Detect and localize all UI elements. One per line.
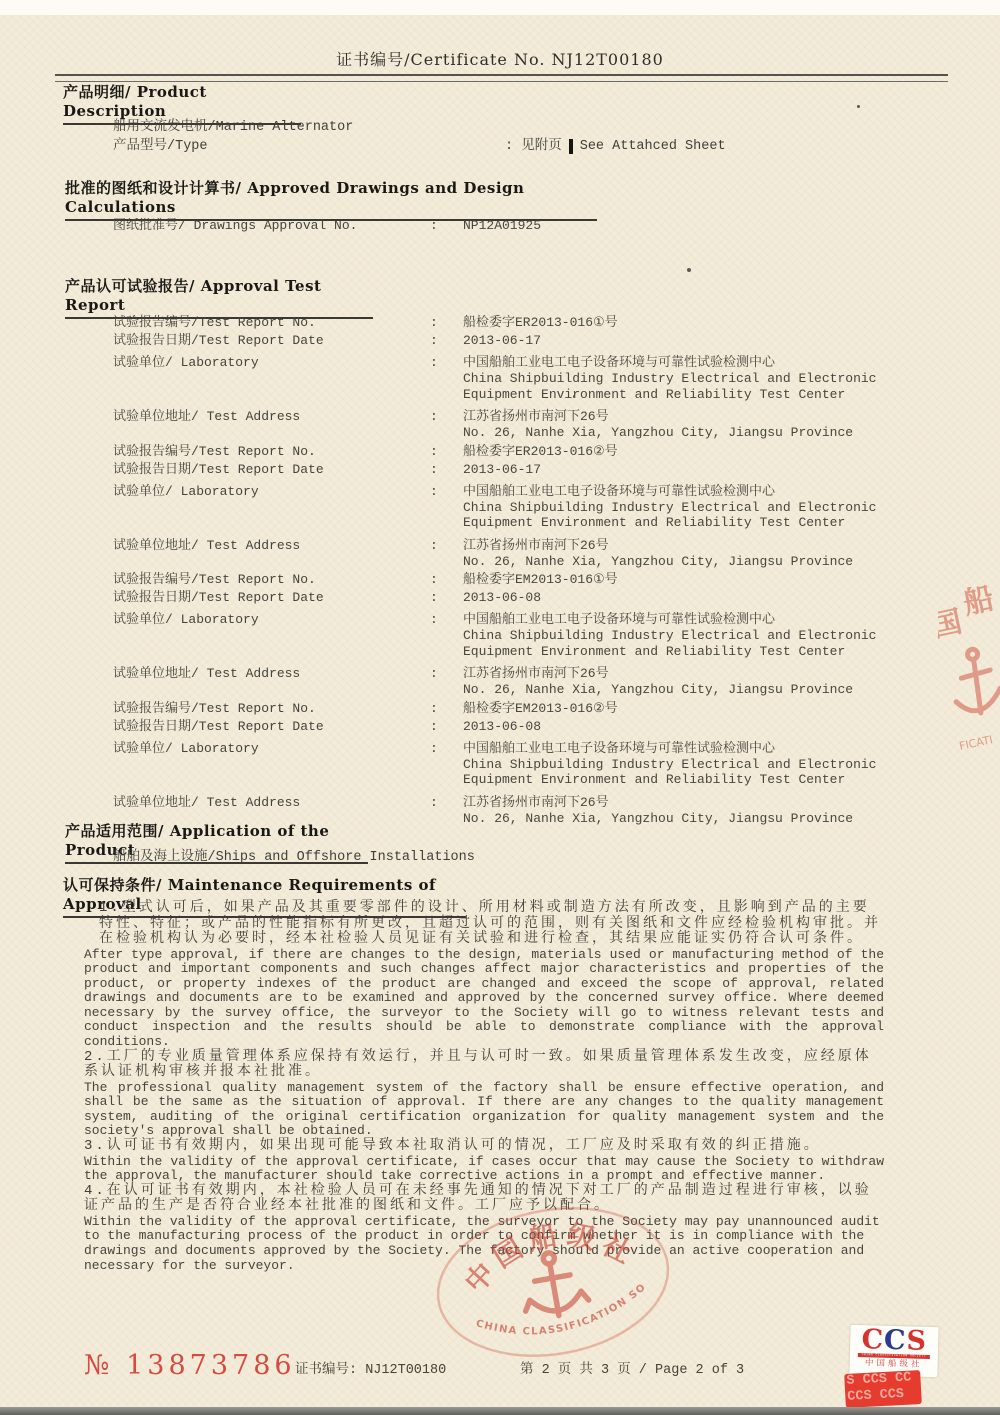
field-label: 试验单位/ Laboratory xyxy=(113,611,430,629)
test-report-group: 试验报告编号/Test Report No. : 船检委字EM2013-016②… xyxy=(0,700,1000,827)
colon: : xyxy=(430,589,463,607)
colon: : xyxy=(430,718,463,736)
report-date-row: 试验报告日期/Test Report Date : 2013-06-17 xyxy=(0,461,1000,479)
field-label: 试验报告日期/Test Report Date xyxy=(113,461,430,479)
serial-number-stamp: № 13873786 xyxy=(84,1350,296,1381)
ccs-logo-cn: 中国船级社 xyxy=(850,1357,938,1371)
colon: : xyxy=(430,483,463,501)
product-description-block: 船用交流发电机/Marine Alternator 产品型号/Type : 见附… xyxy=(0,118,1000,156)
field-label: 试验单位/ Laboratory xyxy=(113,354,430,372)
field-label: 试验报告编号/Test Report No. xyxy=(113,700,430,718)
field-label: 试验报告编号/Test Report No. xyxy=(113,314,430,332)
drawings-approval-no: NP12A01925 xyxy=(463,217,1000,235)
colon: : xyxy=(430,571,463,589)
laboratory-row: 试验单位/ Laboratory : 中国船舶工业电工电子设备环境与可靠性试验检… xyxy=(0,483,1000,531)
colon: : xyxy=(430,794,463,812)
field-label: 试验报告日期/Test Report Date xyxy=(113,332,430,350)
report-no-row: 试验报告编号/Test Report No. : 船检委字ER2013-016②… xyxy=(0,443,1000,461)
product-type-label: 产品型号/Type xyxy=(113,137,505,156)
address-en: No. 26, Nanhe Xia, Yangzhou City, Jiangs… xyxy=(463,811,1000,827)
laboratory-value: 中国船舶工业电工电子设备环境与可靠性试验检测中心 China Shipbuild… xyxy=(463,483,1000,531)
report-date-value: 2013-06-17 xyxy=(463,332,1000,350)
colon: : xyxy=(430,537,463,555)
ccs-block-line2: CCS CCS xyxy=(847,1386,922,1406)
report-no-row: 试验报告编号/Test Report No. : 船检委字EM2013-016①… xyxy=(0,571,1000,589)
test-report-block: 试验报告编号/Test Report No. : 船检委字ER2013-016①… xyxy=(0,314,1000,828)
colon: : xyxy=(430,443,463,461)
ccs-red-block: S CCS CC CCS CCS xyxy=(844,1370,922,1408)
field-label: 试验单位地址/ Test Address xyxy=(113,665,430,683)
scan-top-edge xyxy=(0,0,1000,15)
laboratory-cn: 中国船舶工业电工电子设备环境与可靠性试验检测中心 xyxy=(463,611,1000,628)
maintenance-item-3-en: Within the validity of the approval cert… xyxy=(84,1155,884,1184)
section-heading-test-report: 产品认可试验报告/ Approval Test Report xyxy=(65,275,373,319)
product-name-line: 船用交流发电机/Marine Alternator xyxy=(0,118,1000,137)
colon: : xyxy=(430,332,463,350)
report-no-value: 船检委字EM2013-016①号 xyxy=(463,571,1000,589)
address-en: No. 26, Nanhe Xia, Yangzhou City, Jiangs… xyxy=(463,425,1000,441)
section-heading-approved-drawings: 批准的图纸和设计计算书/ Approved Drawings and Desig… xyxy=(65,177,597,221)
maintenance-block: 1.型式认可后，如果产品及其重要零部件的设计、所用材料或制造方法有所改变，且影响… xyxy=(0,901,884,1273)
report-date-value: 2013-06-17 xyxy=(463,461,1000,479)
colon: : xyxy=(430,461,463,479)
laboratory-value: 中国船舶工业电工电子设备环境与可靠性试验检测中心 China Shipbuild… xyxy=(463,611,1000,659)
field-label: 试验单位/ Laboratory xyxy=(113,483,430,501)
scan-speck xyxy=(573,395,575,398)
address-row: 试验单位地址/ Test Address : 江苏省扬州市南河下26号 No. … xyxy=(0,408,1000,441)
colon: : xyxy=(430,665,463,683)
maintenance-item-2-cn: 2.工厂的专业质量管理体系应保持有效运行，并且与认可时一致。如果质量管理体系发生… xyxy=(84,1050,884,1081)
application-block: 船舶及海上设施/Ships and Offshore Installations xyxy=(0,849,1000,866)
report-no-row: 试验报告编号/Test Report No. : 船检委字ER2013-016①… xyxy=(0,314,1000,332)
field-label: 试验单位地址/ Test Address xyxy=(113,537,430,555)
ccs-letter: S xyxy=(906,1325,927,1357)
report-date-value: 2013-06-08 xyxy=(463,718,1000,736)
laboratory-row: 试验单位/ Laboratory : 中国船舶工业电工电子设备环境与可靠性试验检… xyxy=(0,611,1000,659)
laboratory-cn: 中国船舶工业电工电子设备环境与可靠性试验检测中心 xyxy=(463,354,1000,371)
report-date-row: 试验报告日期/Test Report Date : 2013-06-08 xyxy=(0,718,1000,736)
colon: : xyxy=(430,611,463,629)
test-report-group: 试验报告编号/Test Report No. : 船检委字ER2013-016②… xyxy=(0,443,1000,570)
ccs-letter: C xyxy=(861,1325,884,1356)
field-label: 试验报告日期/Test Report Date xyxy=(113,589,430,607)
report-date-value: 2013-06-08 xyxy=(463,589,1000,607)
address-cn: 江苏省扬州市南河下26号 xyxy=(463,665,1000,682)
colon: : xyxy=(430,408,463,426)
address-value: 江苏省扬州市南河下26号 No. 26, Nanhe Xia, Yangzhou… xyxy=(463,665,1000,698)
certificate-page: 证书编号/Certificate No. NJ12T00180 产品明细/ Pr… xyxy=(0,0,1000,1415)
report-no-value: 船检委字ER2013-016②号 xyxy=(463,443,1000,461)
field-label: 试验报告编号/Test Report No. xyxy=(113,443,430,461)
footer-certificate-no: 证书编号: NJ12T00180 xyxy=(295,1357,446,1378)
maintenance-item-2-en: The professional quality management syst… xyxy=(84,1081,884,1139)
report-no-row: 试验报告编号/Test Report No. : 船检委字EM2013-016②… xyxy=(0,700,1000,718)
address-en: No. 26, Nanhe Xia, Yangzhou City, Jiangs… xyxy=(463,554,1000,570)
address-value: 江苏省扬州市南河下26号 No. 26, Nanhe Xia, Yangzhou… xyxy=(463,794,1000,827)
address-value: 江苏省扬州市南河下26号 No. 26, Nanhe Xia, Yangzhou… xyxy=(463,537,1000,570)
field-label: 试验单位地址/ Test Address xyxy=(113,408,430,426)
maintenance-item-4-cn: 4.在认可证书有效期内，本社检验人员可在未经事先通知的情况下对工厂的产品制造过程… xyxy=(84,1184,884,1215)
test-report-group: 试验报告编号/Test Report No. : 船检委字ER2013-016①… xyxy=(0,314,1000,441)
report-date-row: 试验报告日期/Test Report Date : 2013-06-17 xyxy=(0,332,1000,350)
laboratory-en1: China Shipbuilding Industry Electrical a… xyxy=(463,757,1000,773)
scan-bottom-edge xyxy=(0,1407,1000,1415)
address-cn: 江苏省扬州市南河下26号 xyxy=(463,408,1000,425)
laboratory-en2: Equipment Environment and Reliability Te… xyxy=(463,515,1000,531)
laboratory-en1: China Shipbuilding Industry Electrical a… xyxy=(463,371,1000,387)
colon: : xyxy=(430,740,463,758)
type-value-cn: 见附页 xyxy=(521,137,562,156)
product-type-row: 产品型号/Type : 见附页 See Attahced Sheet xyxy=(0,137,1000,156)
laboratory-row: 试验单位/ Laboratory : 中国船舶工业电工电子设备环境与可靠性试验检… xyxy=(0,740,1000,788)
footer-page-info: 第 2 页 共 3 页 / Page 2 of 3 xyxy=(520,1357,744,1378)
laboratory-en1: China Shipbuilding Industry Electrical a… xyxy=(463,500,1000,516)
field-label: 试验单位地址/ Test Address xyxy=(113,794,430,812)
address-row: 试验单位地址/ Test Address : 江苏省扬州市南河下26号 No. … xyxy=(0,537,1000,570)
laboratory-cn: 中国船舶工业电工电子设备环境与可靠性试验检测中心 xyxy=(463,483,1000,500)
scan-speck xyxy=(857,105,860,108)
drawings-block: 图纸批准号/ Drawings Approval No. : NP12A0192… xyxy=(0,217,1000,235)
laboratory-value: 中国船舶工业电工电子设备环境与可靠性试验检测中心 China Shipbuild… xyxy=(463,740,1000,788)
address-cn: 江苏省扬州市南河下26号 xyxy=(463,537,1000,554)
colon: : xyxy=(430,314,463,332)
laboratory-value: 中国船舶工业电工电子设备环境与可靠性试验检测中心 China Shipbuild… xyxy=(463,354,1000,402)
colon: : xyxy=(430,217,463,235)
field-label: 试验报告日期/Test Report Date xyxy=(113,718,430,736)
laboratory-en2: Equipment Environment and Reliability Te… xyxy=(463,644,1000,660)
application-value: 船舶及海上设施/Ships and Offshore Installations xyxy=(0,849,1000,866)
product-type-value: : 见附页 See Attahced Sheet xyxy=(505,137,726,156)
report-no-value: 船检委字ER2013-016①号 xyxy=(463,314,1000,332)
address-row: 试验单位地址/ Test Address : 江苏省扬州市南河下26号 No. … xyxy=(0,665,1000,698)
ccs-logo-letters: CCS xyxy=(850,1326,939,1355)
laboratory-en1: China Shipbuilding Industry Electrical a… xyxy=(463,628,1000,644)
report-no-value: 船检委字EM2013-016②号 xyxy=(463,700,1000,718)
separator-bar-icon xyxy=(569,139,573,154)
colon: : xyxy=(430,354,463,372)
drawings-approval-row: 图纸批准号/ Drawings Approval No. : NP12A0192… xyxy=(0,217,1000,235)
field-label: 图纸批准号/ Drawings Approval No. xyxy=(113,217,430,235)
ccs-letter: C xyxy=(884,1325,907,1356)
maintenance-item-4-en: Within the validity of the approval cert… xyxy=(84,1215,884,1273)
colon: : xyxy=(430,700,463,718)
laboratory-row: 试验单位/ Laboratory : 中国船舶工业电工电子设备环境与可靠性试验检… xyxy=(0,354,1000,402)
maintenance-item-1-en: After type approval, if there are change… xyxy=(84,948,884,1050)
maintenance-item-1-cn: 1.型式认可后，如果产品及其重要零部件的设计、所用材料或制造方法有所改变，且影响… xyxy=(84,901,884,948)
address-cn: 江苏省扬州市南河下26号 xyxy=(463,794,1000,811)
address-value: 江苏省扬州市南河下26号 No. 26, Nanhe Xia, Yangzhou… xyxy=(463,408,1000,441)
type-value-en: See Attahced Sheet xyxy=(580,137,726,156)
report-date-row: 试验报告日期/Test Report Date : 2013-06-08 xyxy=(0,589,1000,607)
maintenance-item-3-cn: 3.认可证书有效期内，如果出现可能导致本社取消认可的情况，工厂应及时采取有效的纠… xyxy=(84,1139,884,1155)
laboratory-cn: 中国船舶工业电工电子设备环境与可靠性试验检测中心 xyxy=(463,740,1000,757)
field-label: 试验报告编号/Test Report No. xyxy=(113,571,430,589)
laboratory-en2: Equipment Environment and Reliability Te… xyxy=(463,387,1000,403)
field-label: 试验单位/ Laboratory xyxy=(113,740,430,758)
certificate-number-title: 证书编号/Certificate No. NJ12T00180 xyxy=(0,47,1000,70)
test-report-group: 试验报告编号/Test Report No. : 船检委字EM2013-016①… xyxy=(0,571,1000,698)
colon: : xyxy=(505,137,513,156)
ccs-logo-sticker: CCS CHINA CLASSIFICATION SOCIETY 中国船级社 xyxy=(849,1325,938,1377)
laboratory-en2: Equipment Environment and Reliability Te… xyxy=(463,772,1000,788)
address-en: No. 26, Nanhe Xia, Yangzhou City, Jiangs… xyxy=(463,682,1000,698)
scan-speck xyxy=(687,268,691,272)
